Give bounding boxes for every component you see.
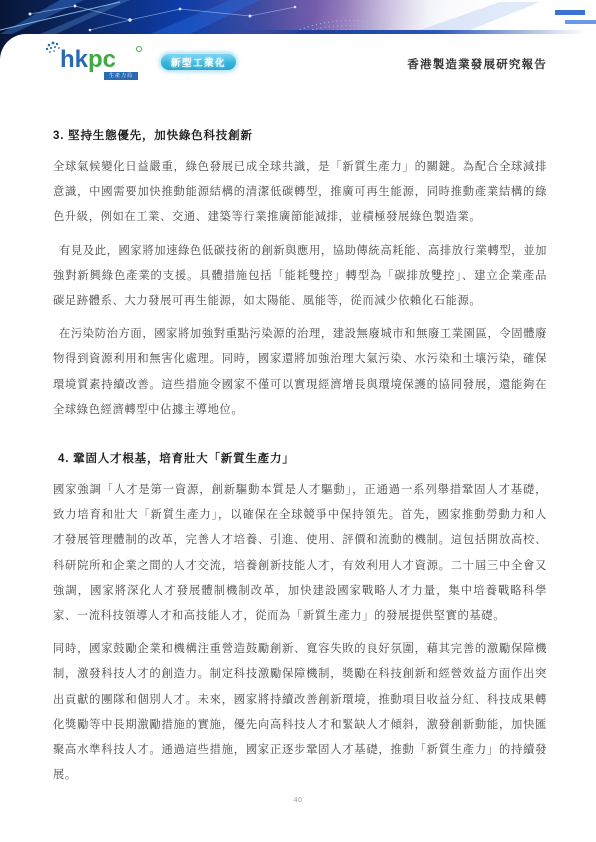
section-4-heading: 4. 鞏固人才根基，培育壯大「新質生產力」 [53, 452, 547, 467]
new-industrialization-badge: 新型工業化 [160, 53, 237, 71]
hkpc-wordmark-pc: pc [88, 46, 116, 73]
page-header: hkpc 生產力局 新型工業化 香港製造業發展研究報告 [48, 42, 547, 92]
registered-mark-icon [136, 46, 142, 52]
section-3-heading: 3. 堅持生態優先，加快綠色科技創新 [53, 129, 547, 144]
paragraph: 全球氣候變化日益嚴重，綠色發展已成全球共識，是「新質生產力」的關鍵。為配合全球減… [53, 155, 547, 231]
hkpc-logo-subtext: 生產力局 [104, 72, 138, 80]
paragraph: 同時，國家鼓勵企業和機構注重營造鼓勵創新、寬容失敗的良好氛圍，藉其完善的激勵保障… [53, 637, 547, 788]
page-number: 40 [0, 797, 596, 804]
section-4-talent: 4. 鞏固人才根基，培育壯大「新質生產力」 國家強調「人才是第一資源，創新驅動本… [53, 452, 547, 788]
paragraph: 有見及此，國家將加速綠色低碳技術的創新與應用，協助傳統高耗能、高排放行業轉型，並… [53, 239, 547, 315]
hkpc-wordmark-hk: hk [60, 46, 88, 73]
banner-network-graphic [0, 0, 596, 34]
page-sheet: hkpc 生產力局 新型工業化 香港製造業發展研究報告 3. 堅持生態優先，加快… [0, 34, 596, 842]
report-title: 香港製造業發展研究報告 [407, 56, 547, 72]
report-page: hkpc 生產力局 新型工業化 香港製造業發展研究報告 3. 堅持生態優先，加快… [0, 0, 596, 842]
section-3-green-tech: 3. 堅持生態優先，加快綠色科技創新 全球氣候變化日益嚴重，綠色發展已成全球共識… [53, 129, 547, 423]
paragraph: 在污染防治方面，國家將加強對重點污染源的治理，建設無廢城市和無廢工業園區，令固體… [53, 322, 547, 423]
article-body: 3. 堅持生態優先，加快綠色科技創新 全球氣候變化日益嚴重，綠色發展已成全球共識… [53, 129, 547, 796]
paragraph: 國家強調「人才是第一資源，創新驅動本質是人才驅動」，正通過一系列舉措鞏固人才基礎… [53, 478, 547, 629]
hkpc-wordmark: hkpc [60, 48, 116, 72]
